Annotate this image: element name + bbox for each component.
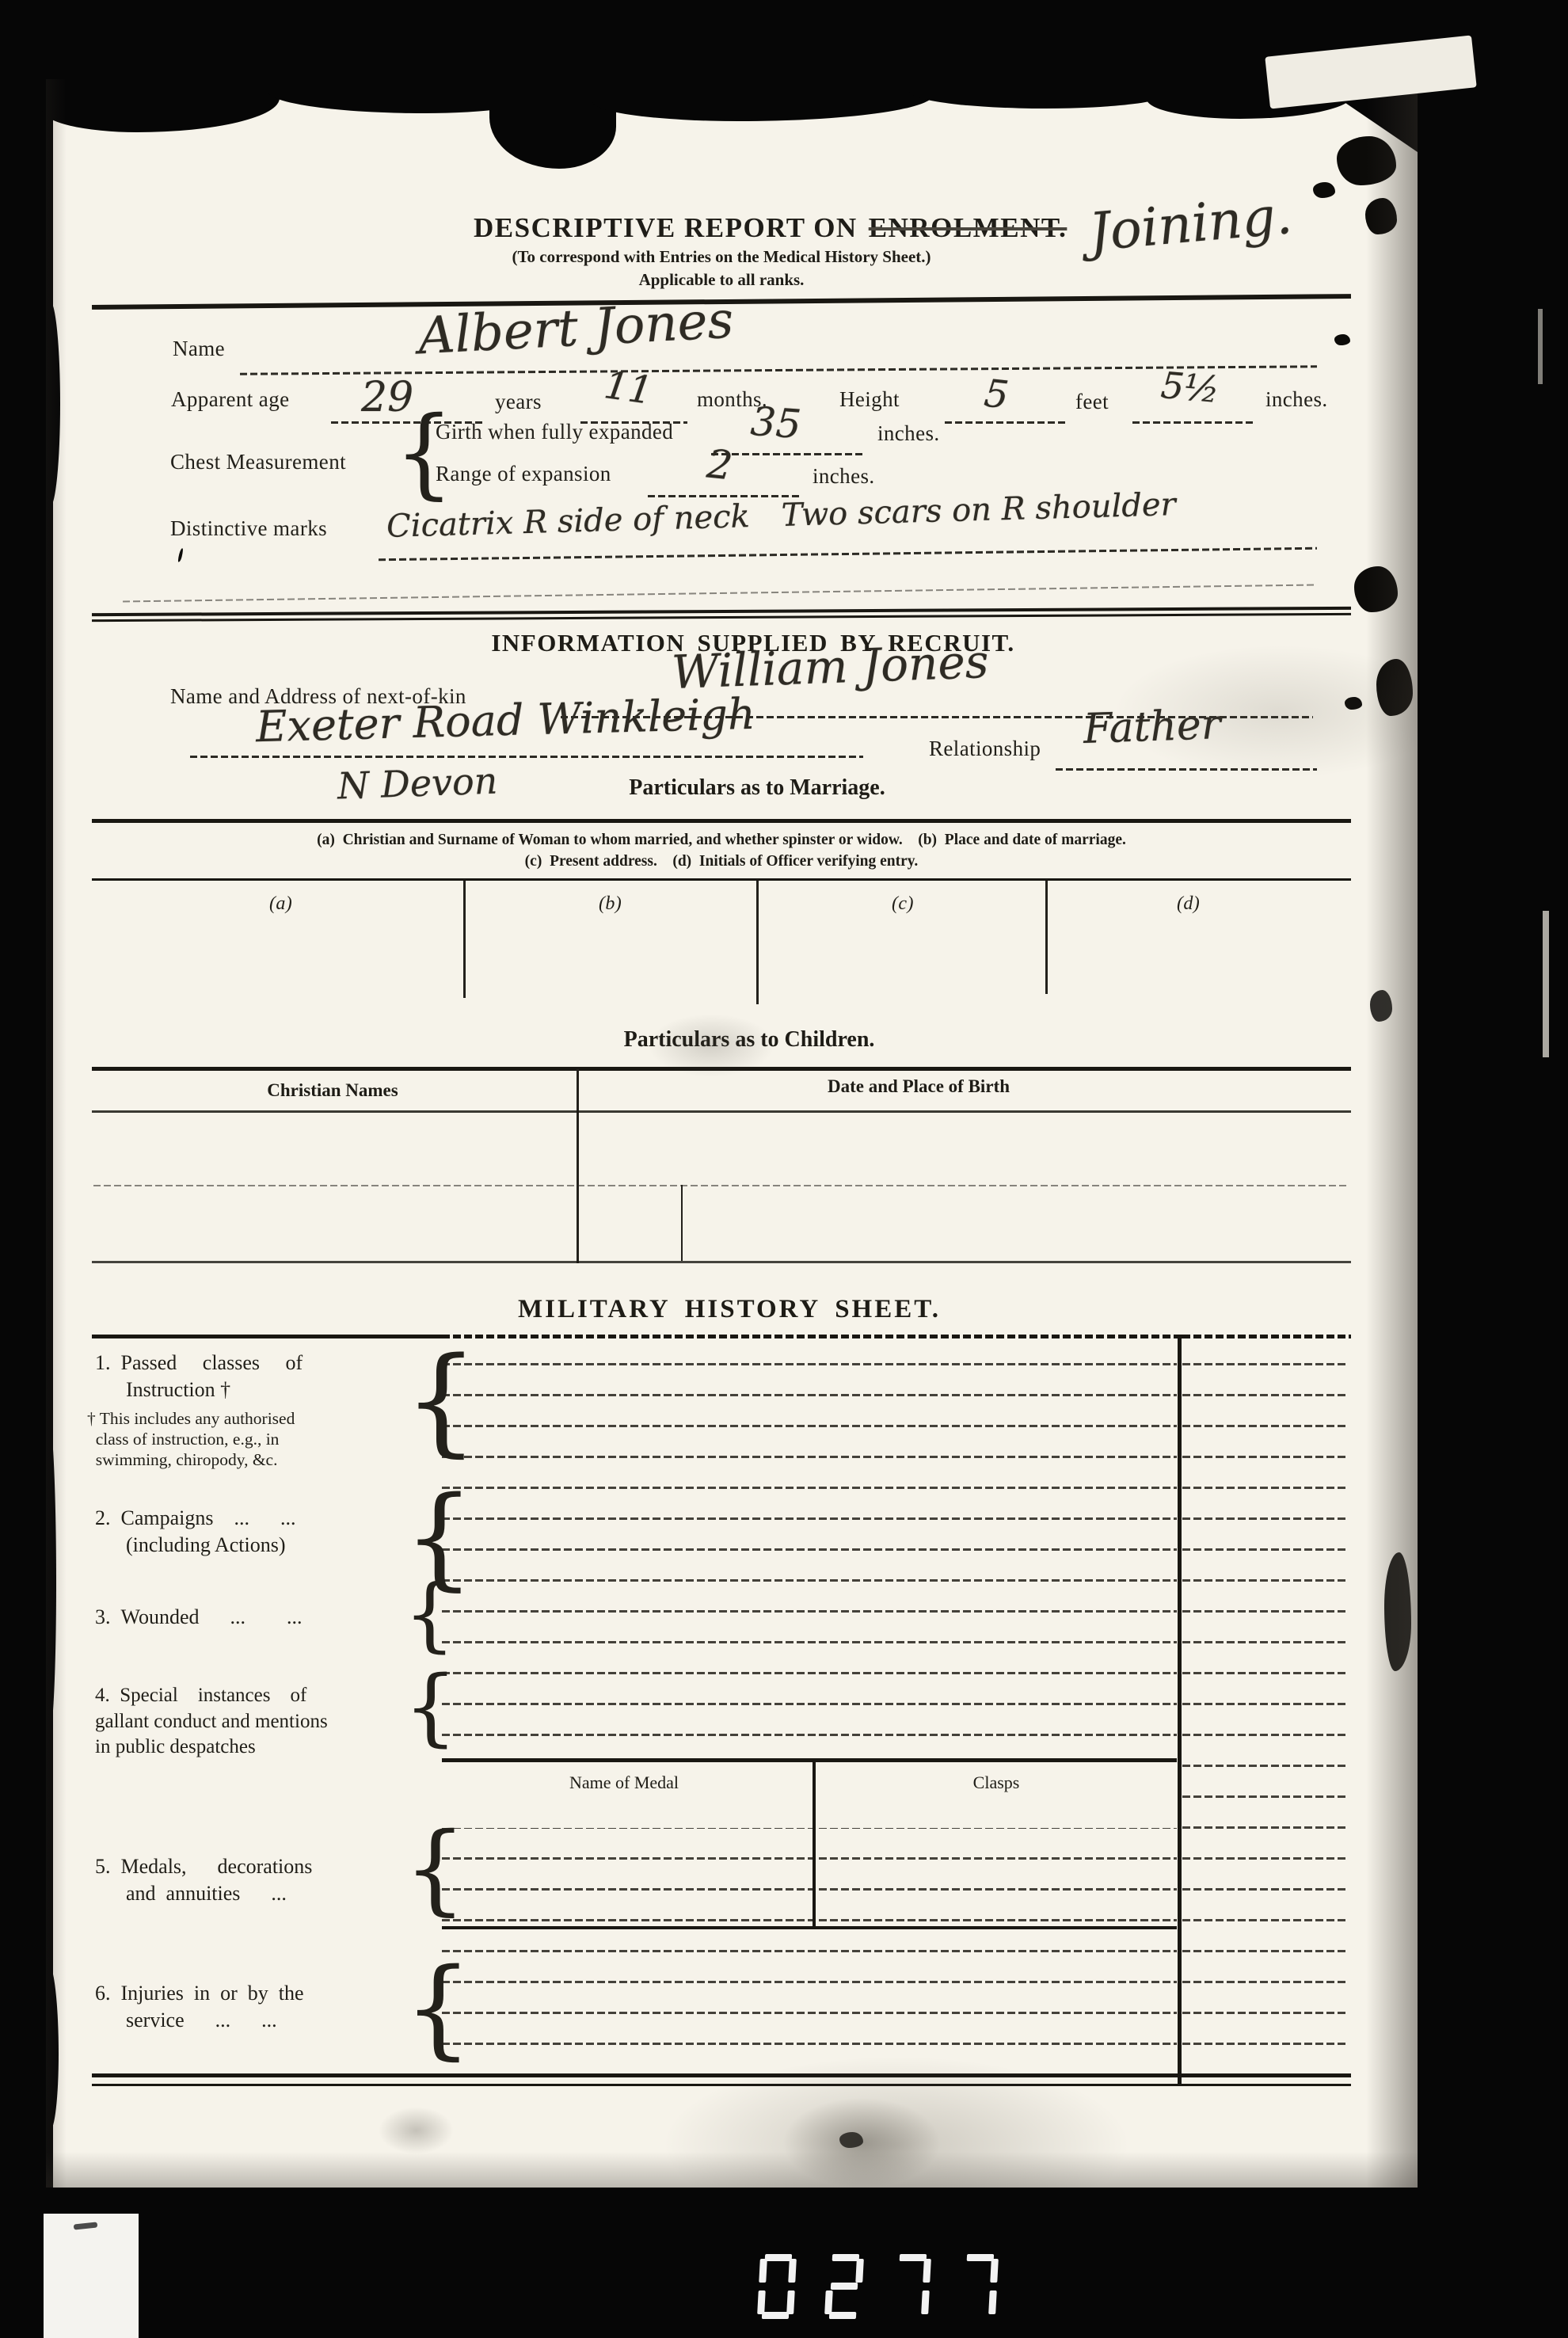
- horizontal-rule: [442, 1926, 1177, 1929]
- marriage-col-b: (b): [599, 893, 622, 915]
- relationship-line: [1056, 768, 1317, 771]
- apparent-age-label: Apparent age: [171, 387, 289, 412]
- horizontal-rule: [92, 878, 1351, 881]
- scan-corner-card: [44, 2214, 139, 2338]
- horizontal-rule: [92, 2073, 1351, 2077]
- horizontal-rule: [92, 819, 1351, 823]
- corner-card-mark: [74, 2222, 98, 2229]
- military-brace-3: {: [404, 1575, 455, 1655]
- military-right-column-ruled: [1182, 1335, 1349, 2081]
- torn-edge: [42, 75, 280, 132]
- horizontal-rule: [92, 1261, 1351, 1263]
- subtitle-line2: Applicable to all ranks.: [92, 270, 1351, 290]
- height-inches-value: 5½: [1159, 364, 1221, 411]
- subtitle-line1: (To correspond with Entries on the Medic…: [92, 247, 1351, 267]
- marriage-heading: Particulars as to Marriage.: [127, 775, 1387, 801]
- inches-label: inches.: [1265, 387, 1328, 412]
- military-item-5: 5. Medals, decorations and annuities ...: [95, 1853, 412, 1907]
- children-row-line: [93, 1185, 1349, 1186]
- medal-table-divider: [813, 1762, 816, 1929]
- torn-edge: [40, 1410, 56, 1742]
- blank-line: [123, 584, 1315, 602]
- page-edge-sliver: [1543, 911, 1549, 1057]
- serial-digit: [959, 2254, 999, 2319]
- age-months-value: 11: [601, 363, 655, 413]
- ink-blot: [1334, 334, 1350, 345]
- range-label: Range of expansion: [436, 462, 611, 486]
- girth-label: Girth when fully expanded: [436, 420, 673, 444]
- title-struck-word: ENROLMENT.: [869, 212, 1068, 244]
- height-inches-line: [1132, 421, 1255, 424]
- stain: [648, 1014, 774, 1077]
- military-item-6: 6. Injuries in or by the service ... ...: [95, 1980, 412, 2034]
- ink-blot: [1384, 1552, 1411, 1671]
- horizontal-rule: [92, 1110, 1351, 1113]
- torn-edge: [40, 1964, 59, 2130]
- ink-blot: [1370, 990, 1392, 1022]
- horizontal-rule: [442, 1758, 1177, 1762]
- torn-edge: [40, 301, 60, 507]
- form-paper: DESCRIPTIVE REPORT ON ENROLMENT. Joining…: [46, 79, 1418, 2188]
- serial-number-display: [759, 2254, 997, 2319]
- title-text: DESCRIPTIVE REPORT ON: [474, 212, 858, 244]
- pen-mark: [177, 548, 184, 562]
- torn-edge: [592, 75, 933, 121]
- feet-label: feet: [1075, 390, 1109, 414]
- serial-digit: [757, 2254, 797, 2319]
- marriage-table-divider: [756, 881, 759, 1004]
- girth-value: 35: [749, 398, 803, 447]
- military-ruled-area: [442, 1335, 1177, 2081]
- marks-line: [379, 547, 1317, 561]
- ink-blot: [1354, 566, 1398, 612]
- ink-blot: [1376, 659, 1413, 716]
- range-unit-label: inches.: [813, 464, 875, 489]
- medal-name-col-header: Name of Medal: [489, 1773, 759, 1793]
- medal-table-header-area: [442, 1758, 1177, 1828]
- military-brace-1: {: [404, 1342, 478, 1459]
- military-column-divider: [1178, 1335, 1182, 2086]
- military-heading: MILITARY HISTORY SHEET.: [100, 1295, 1359, 1324]
- military-brace-4: {: [404, 1665, 457, 1749]
- relationship-value: Father: [1083, 701, 1222, 753]
- page-edge-sliver: [1538, 309, 1543, 384]
- relationship-label: Relationship: [929, 737, 1041, 761]
- marriage-table-divider: [463, 881, 466, 998]
- marriage-table-divider: [1045, 881, 1048, 994]
- document-title: DESCRIPTIVE REPORT ON ENROLMENT. Joining…: [474, 188, 1292, 249]
- children-table-divider: [577, 1069, 579, 1263]
- height-feet-line: [945, 421, 1068, 424]
- military-item-1: 1. Passed classes of Instruction †: [95, 1350, 412, 1403]
- military-item-4: 4. Special instances of gallant conduct …: [95, 1683, 412, 1761]
- serial-digit: [892, 2254, 931, 2319]
- military-item-2: 2. Campaigns ... ... (including Actions): [95, 1505, 412, 1559]
- ink-blot: [1365, 198, 1397, 234]
- marriage-col-d: (d): [1177, 893, 1200, 915]
- height-feet-value: 5: [982, 371, 1010, 418]
- folded-corner-flap: [1265, 35, 1476, 109]
- height-label: Height: [839, 387, 900, 412]
- torn-edge: [909, 75, 1170, 109]
- military-brace-6: {: [404, 1955, 473, 2062]
- ink-blot: [1337, 136, 1396, 185]
- marriage-col-a: (a): [269, 893, 292, 915]
- military-brace-5: {: [404, 1820, 466, 1918]
- marriage-col-c: (c): [892, 893, 914, 915]
- military-item-1-footnote: † This includes any authorised class of …: [87, 1408, 404, 1471]
- children-col-names: Christian Names: [214, 1080, 451, 1101]
- scanned-document-canvas: DESCRIPTIVE REPORT ON ENROLMENT. Joining…: [0, 0, 1568, 2338]
- range-value: 2: [705, 440, 735, 489]
- horizontal-rule: [92, 2084, 1351, 2086]
- ink-blot: [839, 2132, 863, 2148]
- serial-digit: [824, 2254, 864, 2319]
- name-label: Name: [173, 337, 225, 361]
- military-item-3: 3. Wounded ... ...: [95, 1604, 412, 1631]
- marriage-note1: (a) Christian and Surname of Woman to wh…: [92, 832, 1351, 849]
- children-table-divider: [681, 1185, 683, 1261]
- distinctive-marks-label: Distinctive marks: [170, 516, 327, 541]
- girth-line: [711, 453, 866, 455]
- children-col-birth: Date and Place of Birth: [760, 1076, 1077, 1097]
- ink-blot: [1313, 182, 1335, 198]
- years-label: years: [495, 390, 542, 414]
- ink-blot: [1345, 697, 1362, 710]
- address-line: [190, 756, 863, 758]
- girth-unit-label: inches.: [877, 421, 940, 446]
- medal-clasps-col-header: Clasps: [870, 1773, 1123, 1793]
- marriage-note2: (c) Present address. (d) Initials of Off…: [92, 853, 1351, 870]
- stain: [379, 2107, 454, 2154]
- chest-brace: {: [394, 403, 454, 501]
- chest-measurement-label: Chest Measurement: [170, 450, 346, 474]
